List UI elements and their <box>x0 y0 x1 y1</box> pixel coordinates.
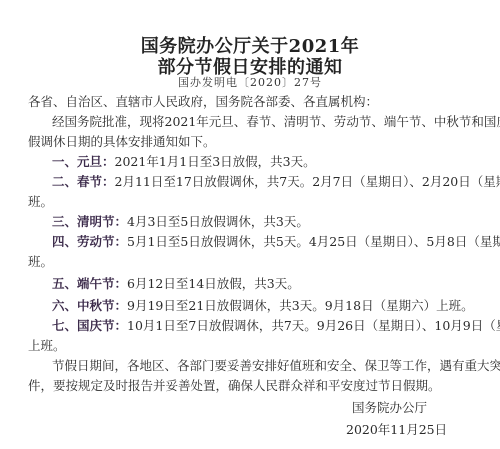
holiday-item-continuation: 班。 <box>28 192 488 212</box>
holiday-text: 4月3日至5日放假调休，共3天。 <box>127 214 309 229</box>
holiday-text: 10月1日至7日放假调休，共7天。9月26日（星期日）、10月9日（星期六） <box>127 318 500 333</box>
issue-date: 2020年11月25日 <box>346 420 447 438</box>
holiday-text: 5月1日至5日放假调休，共5天。4月25日（星期日）、5月8日（星期六）上 <box>127 234 500 249</box>
holiday-label: 四、劳动节： <box>52 234 127 249</box>
holiday-label: 七、国庆节： <box>52 318 127 333</box>
holiday-label: 三、清明节： <box>52 214 127 229</box>
salutation: 各省、自治区、直辖市人民政府，国务院各部委、各直属机构： <box>28 92 488 112</box>
holiday-text: 9月19日至21日放假调休，共3天。9月18日（星期六）上班。 <box>127 298 474 313</box>
holiday-item-national-day: 七、国庆节：10月1日至7日放假调休，共7天。9月26日（星期日）、10月9日（… <box>52 316 500 336</box>
holiday-label: 一、元旦： <box>52 154 115 169</box>
holiday-label: 二、春节： <box>52 174 115 189</box>
holiday-item-qingming: 三、清明节：4月3日至5日放假调休，共3天。 <box>52 212 500 232</box>
holiday-text: 2月11日至17日放假调休，共7天。2月7日（星期日）、2月20日（星期六）上 <box>115 174 500 189</box>
holiday-item-continuation: 班。 <box>28 252 488 272</box>
holiday-item-continuation: 上班。 <box>28 336 488 356</box>
holiday-text: 2021年1月1日至3日放假，共3天。 <box>115 154 316 169</box>
holiday-label: 六、中秋节： <box>52 298 127 313</box>
holiday-item-spring-festival: 二、春节：2月11日至17日放假调休，共7天。2月7日（星期日）、2月20日（星… <box>52 172 500 192</box>
holiday-item-new-year: 一、元旦：2021年1月1日至3日放假，共3天。 <box>52 152 500 172</box>
holiday-item-labor-day: 四、劳动节：5月1日至5日放假调休，共5天。4月25日（星期日）、5月8日（星期… <box>52 232 500 252</box>
intro-line-2: 假调休日期的具体安排通知如下。 <box>28 132 488 152</box>
intro-line-1: 经国务院批准，现将2021年元旦、春节、清明节、劳动节、端午节、中秋节和国庆节放 <box>52 112 500 132</box>
holiday-text: 6月12日至14日放假，共3天。 <box>127 276 300 291</box>
holiday-item-mid-autumn: 六、中秋节：9月19日至21日放假调休，共3天。9月18日（星期六）上班。 <box>52 296 500 316</box>
signer: 国务院办公厅 <box>352 398 427 416</box>
holiday-item-dragon-boat: 五、端午节：6月12日至14日放假，共3天。 <box>52 274 500 294</box>
holiday-label: 五、端午节： <box>52 276 127 291</box>
closing-line-2: 件，要按规定及时报告并妥善处置，确保人民群众祥和平安度过节日假期。 <box>28 376 488 396</box>
closing-line-1: 节假日期间，各地区、各部门要妥善安排好值班和安全、保卫等工作，遇有重大突发事 <box>52 356 500 376</box>
document-number: 国办发明电〔2020〕27号 <box>0 74 500 90</box>
